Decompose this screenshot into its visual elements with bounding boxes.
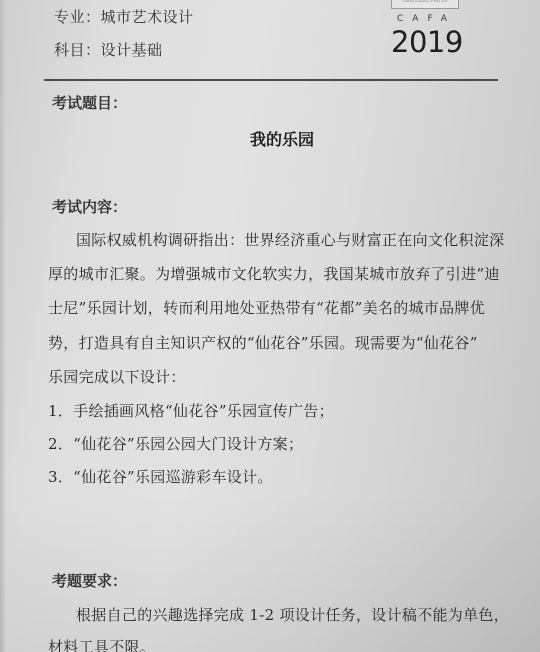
task-item-1: 1．手绘插画风格“仙花谷”乐园宣传广告； [48, 400, 334, 421]
task-item-2: 2．“仙花谷”乐园公园大门设计方案； [48, 433, 303, 454]
subject-field: 科目：设计基础 [54, 39, 163, 60]
content-line: 乐园完成以下设计： [48, 366, 186, 387]
cafa-logo-box: Central Academy of Fine Arts [391, 0, 459, 9]
requirement-line: 根据自己的兴趣选择完成 1-2 项设计任务，设计稿不能为单色， [76, 604, 509, 625]
exam-content-label: 考试内容： [52, 196, 127, 217]
header-divider [44, 79, 498, 81]
cafa-logo-abbr: CAFA [397, 14, 456, 24]
major-field: 专业：城市艺术设计 [54, 6, 194, 27]
exam-topic-label: 考试题目： [52, 92, 127, 113]
task-item-3: 3．“仙花谷”乐园巡游彩车设计。 [48, 466, 273, 487]
exam-title: 我的乐园 [0, 127, 540, 150]
content-line: 士尼”乐园计划，转而利用地处亚热带有“花都”美名的城市品牌优 [48, 297, 485, 318]
requirement-line: 材料工具不限。 [48, 636, 155, 652]
content-line: 势，打造具有自主知识产权的“仙花谷”乐园。现需要为“仙花谷” [48, 332, 478, 353]
exam-year: 2019 [391, 25, 463, 59]
content-line: 国际权威机构调研指出：世界经济重心与财富正在向文化积淀深 [76, 229, 504, 250]
content-line: 厚的城市汇聚。为增强城市文化软实力，我国某城市放弃了引进“迪 [48, 263, 500, 284]
exam-requirements-label: 考题要求： [52, 570, 127, 591]
